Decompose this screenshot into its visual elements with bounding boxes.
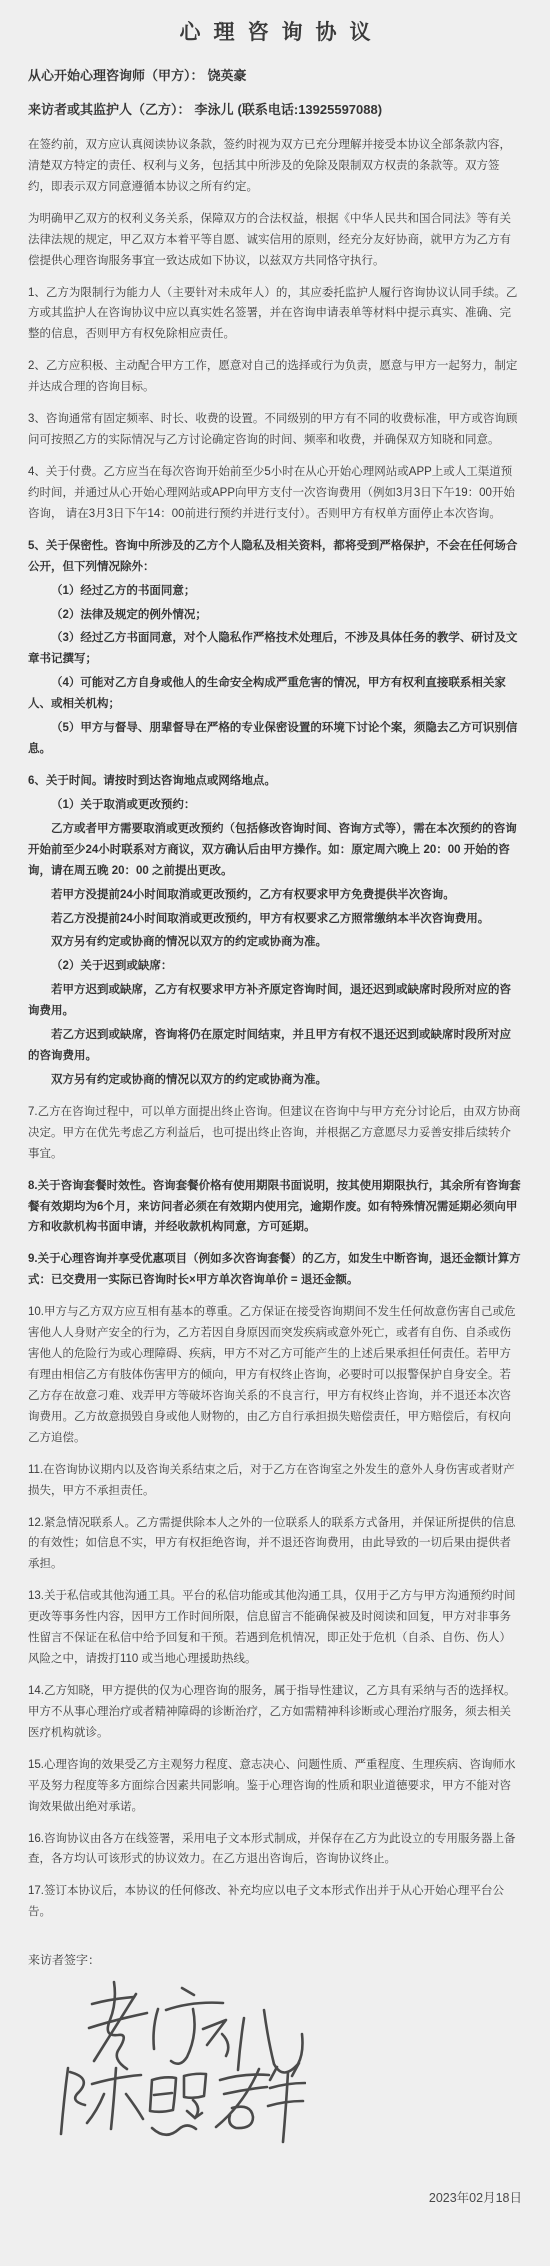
party-b-name: 李泳儿	[195, 102, 234, 117]
agreement-paragraph: 4、关于付费。乙方应当在每次咨询开始前至少5小时在从心开始心理网站或APP上或人…	[28, 462, 522, 525]
agreement-paragraph: 双方另有约定或协商的情况以双方的约定或协商为准。	[28, 1070, 522, 1091]
agreement-paragraph: 16.咨询协议由各方在线签署，采用电子文本形式制成，并保存在乙方为此设立的专用服…	[28, 1829, 522, 1871]
agreement-paragraph: （1）关于取消或更改预约：	[28, 795, 522, 816]
visitor-signature-handwriting	[54, 1976, 306, 2154]
page-title: 心理咨询协议	[28, 16, 522, 46]
agreement-paragraph: 若甲方没提前24小时间取消或更改预约，乙方有权要求甲方免费提供半次咨询。	[28, 885, 522, 906]
agreement-paragraph: 9.关于心理咨询并享受优惠项目（例如多次咨询套餐）的乙方，如发生中断咨询，退还金…	[28, 1249, 522, 1291]
agreement-paragraph: 为明确甲乙双方的权利义务关系，保障双方的合法权益，根据《中华人民共和国合同法》等…	[28, 209, 522, 272]
party-a-label: 从心开始心理咨询师（甲方）：	[28, 68, 204, 83]
agreement-paragraph: 1、乙方为限制行为能力人（主要针对未成年人）的，其应委托监护人履行咨询协议认同手…	[28, 283, 522, 346]
party-a-line: 从心开始心理咨询师（甲方）：饶英豪	[28, 66, 522, 86]
agreement-paragraph: （4）可能对乙方自身或他人的生命安全构成严重危害的情况，甲方有权利直接联系相关家…	[28, 673, 522, 715]
agreement-paragraph: 在签约前，双方应认真阅读协议条款，签约时视为双方已充分理解并接受本协议全部条款内…	[28, 135, 522, 198]
agreement-paragraph: 若乙方迟到或缺席，咨询将仍在原定时间结束，并且甲方有权不退还迟到或缺席时段所对应…	[28, 1025, 522, 1067]
agreement-paragraph: 乙方或者甲方需要取消或更改预约（包括修改咨询时间、咨询方式等），需在本次预约的咨…	[28, 819, 522, 882]
agreement-paragraph: 11.在咨询协议期内以及咨询关系结束之后，对于乙方在咨询室之外发生的意外人身伤害…	[28, 1460, 522, 1502]
agreement-paragraph: 7.乙方在咨询过程中，可以单方面提出终止咨询。但建议在咨询中与甲方充分讨论后，由…	[28, 1102, 522, 1165]
agreement-paragraph: 双方另有约定或协商的情况以双方的约定或协商为准。	[28, 932, 522, 953]
agreement-document: 心理咨询协议 从心开始心理咨询师（甲方）：饶英豪 来访者或其监护人（乙方）：李泳…	[0, 0, 550, 2266]
agreement-paragraph: 若甲方迟到或缺席，乙方有权要求甲方补齐原定咨询时间，退还迟到或缺席时段所对应的咨…	[28, 980, 522, 1022]
agreement-body: 在签约前，双方应认真阅读协议条款，签约时视为双方已充分理解并接受本协议全部条款内…	[28, 135, 522, 1923]
agreement-paragraph: （5）甲方与督导、朋辈督导在严格的专业保密设置的环境下讨论个案，须隐去乙方可识别…	[28, 718, 522, 760]
party-a-name: 饶英豪	[208, 68, 247, 83]
agreement-paragraph: （1）经过乙方的书面同意；	[28, 581, 522, 602]
agreement-paragraph: 3、咨询通常有固定频率、时长、收费的设置。不同级别的甲方有不同的收费标准，甲方或…	[28, 409, 522, 451]
agreement-paragraph: 若乙方没提前24小时间取消或更改预约，甲方有权要求乙方照常缴纳本半次咨询费用。	[28, 909, 522, 930]
agreement-paragraph: （2）法律及规定的例外情况；	[28, 605, 522, 626]
sign-date: 2023年02月18日	[28, 2188, 522, 2206]
agreement-paragraph: 8.关于咨询套餐时效性。咨询套餐价格有使用期限书面说明，按其使用期限执行，其余所…	[28, 1176, 522, 1239]
agreement-paragraph: 10.甲方与乙方双方应互相有基本的尊重。乙方保证在接受咨询期间不发生任何故意伤害…	[28, 1302, 522, 1448]
agreement-paragraph: 5、关于保密性。咨询中所涉及的乙方个人隐私及相关资料，都将受到严格保护，不会在任…	[28, 536, 522, 578]
agreement-paragraph: （3）经过乙方书面同意，对个人隐私作严格技术处理后，不涉及具体任务的教学、研讨及…	[28, 628, 522, 670]
agreement-paragraph: 12.紧急情况联系人。乙方需提供除本人之外的一位联系人的联系方式备用，并保证所提…	[28, 1513, 522, 1576]
party-b-phone: (联系电话:13925597088)	[238, 102, 383, 117]
agreement-paragraph: 6、关于时间。请按时到达咨询地点或网络地点。	[28, 771, 522, 792]
agreement-paragraph: 14.乙方知晓，甲方提供的仅为心理咨询的服务，属于指导性建议，乙方具有采纳与否的…	[28, 1681, 522, 1744]
signature-label: 来访者签字：	[28, 1951, 522, 1968]
party-b-line: 来访者或其监护人（乙方）：李泳儿(联系电话:13925597088)	[28, 100, 522, 120]
agreement-paragraph: 13.关于私信或其他沟通工具。平台的私信功能或其他沟通工具，仅用于乙方与甲方沟通…	[28, 1586, 522, 1670]
party-b-label: 来访者或其监护人（乙方）：	[28, 102, 191, 117]
agreement-paragraph: 15.心理咨询的效果受乙方主观努力程度、意志决心、问题性质、严重程度、生理疾病、…	[28, 1755, 522, 1818]
agreement-paragraph: 17.签订本协议后，本协议的任何修改、补充均应以电子文本形式作出并于从心开始心理…	[28, 1881, 522, 1923]
agreement-paragraph: 2、乙方应积极、主动配合甲方工作，愿意对自己的选择或行为负责，愿意与甲方一起努力…	[28, 356, 522, 398]
agreement-paragraph: （2）关于迟到或缺席：	[28, 956, 522, 977]
